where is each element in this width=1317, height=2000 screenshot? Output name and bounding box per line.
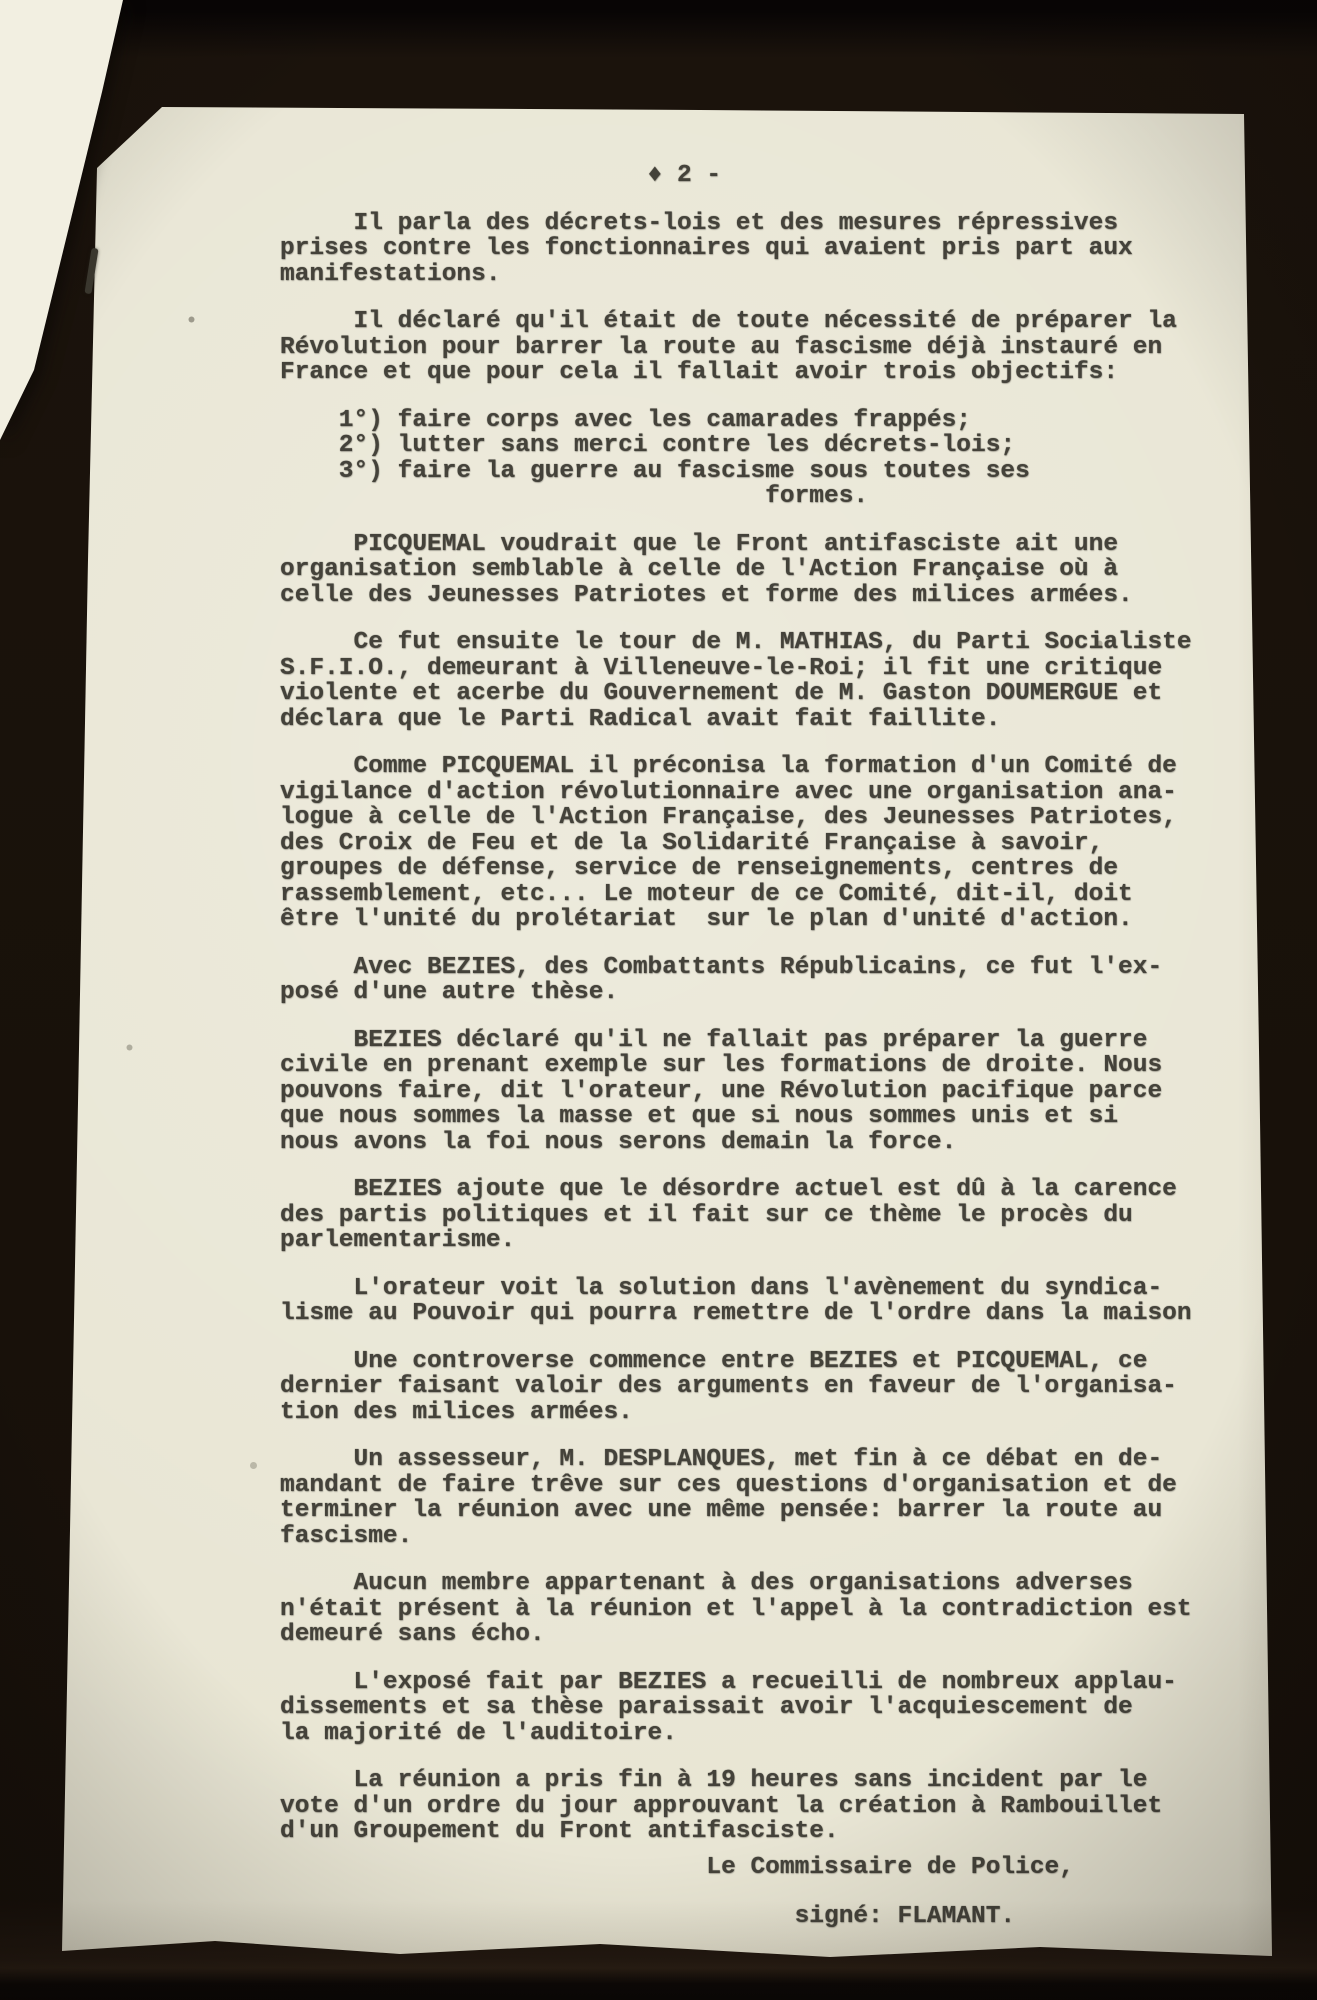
folded-corner-paper bbox=[0, 0, 1317, 2000]
folded-corner-flap bbox=[0, 0, 1317, 2000]
scan-photo: ♦ 2 - Il parla des décrets-lois et des m… bbox=[0, 0, 1317, 2000]
